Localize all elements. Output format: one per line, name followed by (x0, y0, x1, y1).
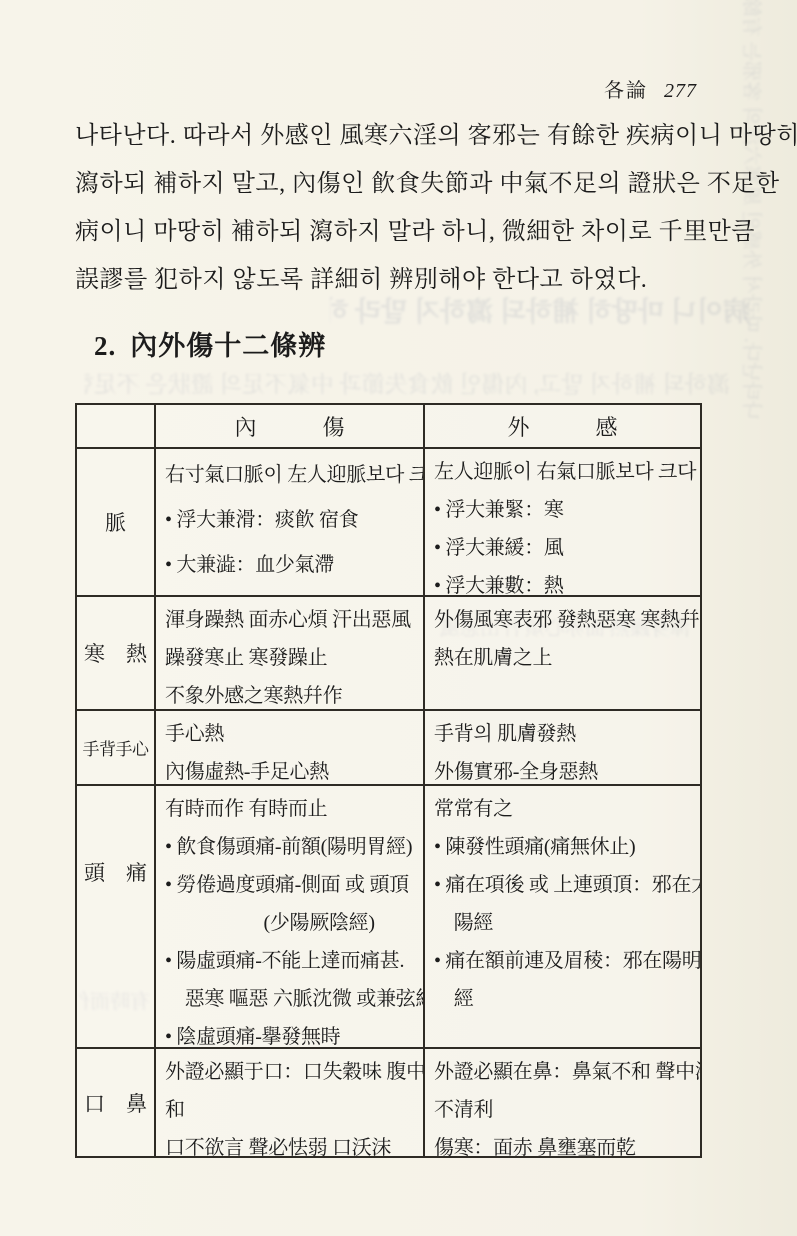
cell-text-line: • 飮食傷頭痛-前額(陽明胃經) (165, 828, 415, 866)
cell-oegam: 左人迎脈이 右氣口脈보다 크다• 浮大兼緊：寒• 浮大兼緩：風• 浮大兼數：熱 (425, 449, 700, 595)
cell-text-line: 外傷實邪-全身惡熱 (434, 753, 692, 784)
cell-text-line: 外證必顯在鼻：鼻氣不和 聲中濁 (434, 1053, 692, 1091)
cell-text-line: 傷寒：面赤 鼻壅塞而乾 (434, 1129, 692, 1156)
cell-text-line: • 浮大兼緊：寒 (434, 491, 692, 529)
cell-text-line: • 陽虛頭痛-不能上達而痛甚. (165, 942, 415, 980)
header-cell-empty (77, 405, 156, 447)
cell-oegam: 外證必顯在鼻：鼻氣不和 聲中濁不清利傷寒：面赤 鼻壅塞而乾 (425, 1049, 700, 1156)
cell-text-line: 手背의 肌膚發熱 (434, 715, 692, 753)
cell-text-line: 躁發寒止 寒發躁止 (165, 639, 415, 677)
cell-text-line: 內傷虛熱-手足心熱 (165, 753, 415, 784)
paragraph-line: 瀉하되 補하지 말고, 內傷인 飮食失節과 中氣不足의 證狀은 不足한 (75, 160, 737, 208)
cell-text-line: 左人迎脈이 右氣口脈보다 크다 (434, 453, 692, 491)
cell-text-line: • 大兼澁：血少氣滯 (165, 543, 415, 588)
cell-text-line: 有時而作 有時而止 (165, 790, 415, 828)
table-row-mouth-nose: 口 鼻 外證必顯于口：口失穀味 腹中不和口不欲言 聲必怯弱 口沃沫 外證必顯在鼻… (77, 1047, 700, 1156)
table-row-pulse: 脈 右寸氣口脈이 左人迎脈보다 크다• 浮大兼滑：痰飮 宿食• 大兼澁：血少氣滯… (77, 447, 700, 595)
paragraph-line: 誤謬를 犯하지 않도록 詳細히 辨別해야 한다고 하였다. (75, 256, 737, 304)
cell-text-line: • 浮大兼數：熱 (434, 567, 692, 595)
section-number: 2. (94, 331, 116, 361)
paragraph-line: 病이니 마땅히 補하되 瀉하지 말라 하니, 微細한 차이로 千里만큼 (75, 208, 737, 256)
intro-paragraph: 나타난다. 따라서 外感인 風寒六淫의 客邪는 有餘한 疾病이니 마땅히 瀉하되… (75, 112, 737, 304)
cell-text-line: 不象外感之寒熱幷作 (165, 677, 415, 709)
cell-text-line: • 痛在額前連及眉稜：邪在陽明 (434, 942, 692, 980)
cell-text-line: • 浮大兼緩：風 (434, 529, 692, 567)
header-cell-oegam: 外 感 (425, 405, 700, 447)
cell-text-line: 口不欲言 聲必怯弱 口沃沫 (165, 1129, 415, 1156)
cell-oegam: 外傷風寒表邪 發熱惡寒 寒熱幷作熱在肌膚之上 (425, 597, 700, 709)
cell-text-line: 經 (434, 980, 692, 1018)
cell-text-line: • 陰虛頭痛-擧發無時 (165, 1018, 415, 1047)
row-label: 手背手心 (77, 711, 156, 784)
row-label: 頭 痛 (77, 786, 156, 1047)
cell-text-line: 惡寒 嘔惡 六脈沈微 或兼弦細 (165, 980, 415, 1018)
paragraph-line: 나타난다. 따라서 外感인 風寒六淫의 客邪는 有餘한 疾病이니 마땅히 (75, 112, 737, 160)
section-title: 內外傷十二條辨 (130, 331, 326, 361)
cell-naesang: 渾身躁熱 面赤心煩 汗出惡風躁發寒止 寒發躁止不象外感之寒熱幷作 (156, 597, 425, 709)
cell-naesang: 有時而作 有時而止• 飮食傷頭痛-前額(陽明胃經)• 勞倦過度頭痛-側面 或 頭… (156, 786, 425, 1047)
table-row-cold-heat: 寒 熱 渾身躁熱 面赤心煩 汗出惡風躁發寒止 寒發躁止不象外感之寒熱幷作 外傷風… (77, 595, 700, 709)
cell-text-line: 和 (165, 1091, 415, 1129)
cell-text-line: 不清利 (434, 1091, 692, 1129)
bleed-through-text: 나타난다. 따라서 外感인 風寒六淫의 客邪는 有餘한 疾病이니 마땅히 (739, 0, 768, 420)
table-row-hands: 手背手心 手心熱內傷虛熱-手足心熱 手背의 肌膚發熱外傷實邪-全身惡熱 (77, 709, 700, 784)
table-row-headache: 頭 痛 有時而作 有時而止• 飮食傷頭痛-前額(陽明胃經)• 勞倦過度頭痛-側面… (77, 784, 700, 1047)
cell-text-line: 外證必顯于口：口失穀味 腹中不 (165, 1053, 415, 1091)
cell-text-line: • 痛在項後 或 上連頭頂：邪在太 (434, 866, 692, 904)
cell-text-line: 外傷風寒表邪 發熱惡寒 寒熱幷作 (434, 601, 692, 639)
running-head: 各論277 (604, 74, 697, 103)
cell-naesang: 手心熱內傷虛熱-手足心熱 (156, 711, 425, 784)
cell-text-line: 手心熱 (165, 715, 415, 753)
row-label: 口 鼻 (77, 1049, 156, 1156)
cell-naesang: 右寸氣口脈이 左人迎脈보다 크다• 浮大兼滑：痰飮 宿食• 大兼澁：血少氣滯 (156, 449, 425, 595)
cell-text-line: 渾身躁熱 面赤心煩 汗出惡風 (165, 601, 415, 639)
cell-text-line: 陽經 (434, 904, 692, 942)
cell-text-line: 右寸氣口脈이 左人迎脈보다 크다 (165, 453, 415, 498)
cell-naesang: 外證必顯于口：口失穀味 腹中不和口不欲言 聲必怯弱 口沃沫 (156, 1049, 425, 1156)
table-header-row: 內 傷 外 感 (77, 405, 700, 447)
row-label: 寒 熱 (77, 597, 156, 709)
cell-oegam: 手背의 肌膚發熱外傷實邪-全身惡熱 (425, 711, 700, 784)
cell-text-line: (少陽厥陰經) (165, 904, 415, 942)
comparison-table: 內 傷 外 感 脈 右寸氣口脈이 左人迎脈보다 크다• 浮大兼滑：痰飮 宿食• … (75, 403, 702, 1158)
cell-text-line: • 勞倦過度頭痛-側面 或 頭頂 (165, 866, 415, 904)
cell-text-line: 熱在肌膚之上 (434, 639, 692, 677)
running-head-section: 各論 (604, 80, 648, 102)
page-number: 277 (664, 80, 697, 102)
cell-oegam: 常常有之• 陳發性頭痛(痛無休止)• 痛在項後 或 上連頭頂：邪在太 陽經• 痛… (425, 786, 700, 1047)
section-heading: 2.內外傷十二條辨 (94, 324, 326, 363)
bleed-through-text: 瀉하되 補하지 말고, 內傷인 飮食失節과 中氣不足의 證狀은 不足한 (85, 366, 730, 399)
cell-text-line: 常常有之 (434, 790, 692, 828)
row-label: 脈 (77, 449, 156, 595)
header-cell-naesang: 內 傷 (156, 405, 425, 447)
cell-text-line: • 陳發性頭痛(痛無休止) (434, 828, 692, 866)
cell-text-line: • 浮大兼滑：痰飮 宿食 (165, 498, 415, 543)
scanned-book-page: 病이니 마땅히 補하되 瀉하지 말라 하니, 微細한 차이로 千里만큼 瀉하되 … (0, 0, 797, 1236)
